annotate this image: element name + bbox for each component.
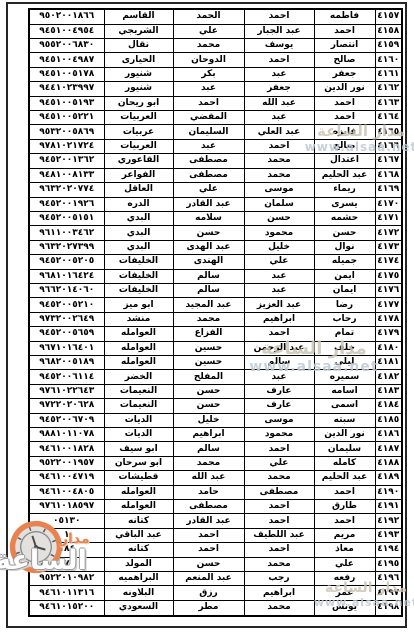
- table-row: ٤١٥٧فاطمهاحمدالحمدالقاسم٩٥٠٢٠٠١٨٦٦: [29, 9, 402, 24]
- table-row: ٤١٦٠صالحاحمدالدوحانالحيارى٩٤٥١٠٠٤٩٨٧: [29, 53, 402, 67]
- cell-grandfather-name: السليمان: [173, 125, 244, 139]
- table-row: ٤١٩٠احمدمصطفىحامدالعوامله٩٤٦١٠٠٤٨٠٥: [29, 485, 402, 499]
- cell-father-name: عبد: [244, 370, 314, 384]
- cell-father-name: احمد: [244, 139, 314, 153]
- cell-phone: ٩٧٨١٠٢١٧٢٤: [29, 139, 104, 153]
- cell-first-name: اسامه: [314, 384, 375, 398]
- cell-family-name: البدي: [104, 226, 173, 240]
- cell-phone: ٩٤٦١٠٠٤٧١٩: [29, 471, 104, 485]
- table-row: ٤١٨٤اسمىعارفحسنالنعيمات٩٧٢٢٠٢٠٦٢٨: [29, 399, 402, 413]
- scanned-roster-page: ٤١٥٧فاطمهاحمدالحمدالقاسم٩٥٠٢٠٠١٨٦٦٤١٥٨اح…: [0, 0, 414, 635]
- table-row: ٤١٨٥سبتهموسىخليلالديات٩٤٥٢٠٠٦٧٠٩: [29, 413, 402, 427]
- cell-first-name: احمد: [314, 111, 375, 125]
- table-row: ٤١٩١طارقاحمدمصطفىالعوامله٩٧٦١٠١٨٥٩٧: [29, 500, 402, 514]
- cell-serial: ٤١٨٠: [375, 341, 402, 355]
- cell-serial: ٤١٧٨: [375, 312, 402, 326]
- cell-phone: ٩٥٠٢٠٠١٨٦٦: [29, 9, 104, 24]
- cell-grandfather-name: الهندى: [173, 255, 244, 269]
- cell-first-name: رحاب: [314, 312, 375, 326]
- cell-grandfather-name: حسين: [173, 355, 244, 369]
- cell-phone: ٩٤٥٢٠٠٥١٥١: [29, 211, 104, 225]
- cell-grandfather-name: المفلح: [173, 370, 244, 384]
- cell-first-name: رفعه: [314, 572, 375, 586]
- cell-grandfather-name: عبد القادر: [173, 514, 244, 528]
- cell-phone: ٩٥٥٢٠٠٦٨٣٠: [29, 39, 104, 53]
- cell-serial: ٤١٩٧: [375, 586, 402, 600]
- cell-serial: ٤١٧٧: [375, 298, 402, 312]
- cell-phone: ٩٤٥٢٠٠٥٢٠٥: [29, 255, 104, 269]
- table-row: ٤١٨١ليلىسالمحسينالعوامله٩٦٨٢٠٠٥١٨٩: [29, 355, 402, 369]
- cell-family-name: القاعوري: [104, 154, 173, 168]
- cell-grandfather-name: سالم: [173, 283, 244, 297]
- cell-grandfather-name: حسن: [173, 399, 244, 413]
- cell-phone: ٩٦٧١٠١٦٤٠١: [29, 341, 104, 355]
- table-row: ٤١٨٢سميرهعبدالمفلحالخضر٩٤٥٢٠٠٦١١٤: [29, 370, 402, 384]
- cell-phone: ٩٤٤١٠٢٣٩٩٧: [29, 82, 104, 96]
- cell-phone: ٩٧٢٢٠٢٠٦٢٨: [29, 399, 104, 413]
- cell-serial: ٤١٧٣: [375, 240, 402, 254]
- cell-phone: ٩٦٨١٠١٦٤٢٤: [29, 269, 104, 283]
- table-row: ٤١٦٩ريماءموسىعليالعاقل٩٦٣٢٠٢٠٧٧٤: [29, 183, 402, 197]
- cell-phone: ٩٤٦١٠٠١٨٢٨: [29, 442, 104, 456]
- cell-first-name: حشمه: [314, 211, 375, 225]
- cell-phone: ٩٤٥٢٠٠٥٢١٠: [29, 298, 104, 312]
- cell-family-name: العربيات: [104, 139, 173, 153]
- cell-grandfather-name: عبد: [173, 82, 244, 96]
- cell-first-name: حسن: [314, 226, 375, 240]
- cell-phone: ٩٨٨١٠١١٠٧٨: [29, 428, 104, 442]
- cell-serial: ٤١٦٧: [375, 154, 402, 168]
- cell-serial: ٤١٩٨: [375, 600, 402, 616]
- cell-father-name: عبد اللطيف: [244, 528, 314, 542]
- cell-grandfather-name: عبد المنعم: [173, 572, 244, 586]
- cell-family-name: قطيشات: [104, 471, 173, 485]
- cell-father-name: عبد الله: [244, 96, 314, 110]
- cell-first-name: ليلى: [314, 355, 375, 369]
- cell-grandfather-name: حامد: [173, 485, 244, 499]
- cell-family-name: نقال: [104, 39, 173, 53]
- cell-grandfather-name: الحمد: [173, 9, 244, 24]
- table-row: ٤١٦٥فايزهعبد العليالسليمانعربيات٩٥٣٢٠٠٥٨…: [29, 125, 402, 139]
- cell-family-name: ابو سيف: [104, 442, 173, 456]
- cell-phone: ٩٧٦١٠١٨٥٩٧: [29, 500, 104, 514]
- cell-family-name: الديات: [104, 413, 173, 427]
- cell-father-name: عبد: [244, 269, 314, 283]
- cell-grandfather-name: رزق: [173, 586, 244, 600]
- cell-father-name: احمد: [244, 9, 314, 24]
- cell-grandfather-name: علي: [173, 183, 244, 197]
- cell-grandfather-name: مصطفى: [173, 168, 244, 182]
- cell-family-name: العاقل: [104, 183, 173, 197]
- cell-father-name: حسن: [244, 211, 314, 225]
- table-row: ٤١٥٩انتصاريوسفمحمدنقال٩٥٥٢٠٠٦٨٣٠: [29, 39, 402, 53]
- cell-phone: ٩٤٦١٠٠٤٨٠٥: [29, 485, 104, 499]
- cell-first-name: انتصار: [314, 39, 375, 53]
- cell-serial: ٤١٧٥: [375, 269, 402, 283]
- cell-father-name: محمد: [244, 600, 314, 616]
- cell-grandfather-name: مصطفى: [173, 500, 244, 514]
- table-row: ٤١٨٩عبد الحليممحمدعبد اللهقطيشات٩٤٦١٠٠٤٧…: [29, 471, 402, 485]
- cell-father-name: موسى: [244, 413, 314, 427]
- cell-father-name: احمد: [244, 53, 314, 67]
- cell-first-name: يونس: [314, 600, 375, 616]
- cell-grandfather-name: خليل: [173, 413, 244, 427]
- cell-family-name: العوامله: [104, 485, 173, 499]
- cell-father-name: احمد: [244, 327, 314, 341]
- cell-family-name: الخليفات: [104, 255, 173, 269]
- cell-father-name: احمد: [244, 543, 314, 557]
- table-row: ٤١٨٨كاملهعليمحمدابو سرحان٩٥٢٢٠٠١٩٥٧: [29, 456, 402, 470]
- cell-grandfather-name: محمد: [173, 456, 244, 470]
- cell-phone: ٩٤٥١٠٠٥٢٢١: [29, 111, 104, 125]
- cell-serial: ٤١٨٧: [375, 442, 402, 456]
- cell-phone: ٩٦١١٠٠٣٤٦٢: [29, 226, 104, 240]
- table-row: ٤١٦٤احمدعبدالمفضيالعربيات٩٤٥١٠٠٥٢٢١: [29, 111, 402, 125]
- cell-first-name: صالح: [314, 53, 375, 67]
- table-row: ٤١٧٧رضاعبد العزيزعبد المجيدابو ميز٩٤٥٢٠٠…: [29, 298, 402, 312]
- cell-father-name: سلمان: [244, 197, 314, 211]
- table-row: ٤١٧٩تماماحمدالفزاعالعوامله٩٤٥٢٠٠٥٦٥٩: [29, 327, 402, 341]
- cell-father-name: علي: [244, 255, 314, 269]
- cell-family-name: الخضر: [104, 370, 173, 384]
- cell-grandfather-name: الفزاع: [173, 327, 244, 341]
- cell-first-name: علي: [314, 557, 375, 571]
- cell-first-name: عمر: [314, 586, 375, 600]
- cell-phone: ٩٥٢٢٠٠١٩٥٧: [29, 456, 104, 470]
- cell-father-name: جعفر: [244, 82, 314, 96]
- news-site-stamp: مدار الساعة: [0, 516, 120, 594]
- cell-serial: ٤١٧٠: [375, 197, 402, 211]
- table-row: ٤١٦٢نور الدينجعفرعبدشنيور٩٤٤١٠٢٣٩٩٧: [29, 82, 402, 96]
- cell-phone: ٩٦٦٢٠١٤٠٦٠: [29, 283, 104, 297]
- cell-serial: ٤١٦٦: [375, 139, 402, 153]
- cell-family-name: منشد: [104, 312, 173, 326]
- cell-grandfather-name: حسن: [173, 226, 244, 240]
- cell-family-name: الحيارى: [104, 53, 173, 67]
- cell-first-name: سميره: [314, 370, 375, 384]
- cell-father-name: عبد العزيز: [244, 298, 314, 312]
- cell-first-name: اسمى: [314, 399, 375, 413]
- cell-first-name: مريم: [314, 528, 375, 542]
- cell-first-name: كامله: [314, 456, 375, 470]
- cell-grandfather-name: علي: [173, 24, 244, 38]
- cell-serial: ٤١٩٥: [375, 557, 402, 571]
- cell-father-name: موسى: [244, 183, 314, 197]
- table-row: ٤١٦١جعفرعبدبكرشنيور٩٤٥١٠٠٥١٧٨: [29, 67, 402, 81]
- cell-father-name: عارف: [244, 399, 314, 413]
- cell-first-name: نوال: [314, 240, 375, 254]
- cell-serial: ٤١٨٥: [375, 413, 402, 427]
- cell-father-name: احمد: [244, 500, 314, 514]
- table-row: ٤١٧١حشمهحسنسلامهالبدي٩٤٥٢٠٠٥١٥١: [29, 211, 402, 225]
- cell-serial: ٤١٦٨: [375, 168, 402, 182]
- cell-serial: ٤١٦٤: [375, 111, 402, 125]
- cell-father-name: رجب: [244, 572, 314, 586]
- cell-father-name: يوسف: [244, 39, 314, 53]
- cell-grandfather-name: بكر: [173, 67, 244, 81]
- cell-father-name: ابراهيم: [244, 312, 314, 326]
- cell-family-name: شنيور: [104, 67, 173, 81]
- table-row: ٤١٨٧سليماناحمدسالمابو سيف٩٤٦١٠٠١٨٢٨: [29, 442, 402, 456]
- cell-phone: ٩٤٥٢٠٠١٩٢٦: [29, 197, 104, 211]
- stamp-main-text: الساعة: [0, 545, 87, 576]
- cell-family-name: البدي: [104, 240, 173, 254]
- cell-grandfather-name: ابراهيم: [173, 428, 244, 442]
- cell-father-name: عبد العلي: [244, 125, 314, 139]
- cell-family-name: ابو سرحان: [104, 456, 173, 470]
- cell-father-name: محمود: [244, 226, 314, 240]
- cell-serial: ٤١٥٨: [375, 24, 402, 38]
- cell-grandfather-name: احمد: [173, 96, 244, 110]
- cell-grandfather-name: حسن: [173, 384, 244, 398]
- cell-family-name: العوامله: [104, 327, 173, 341]
- cell-serial: ٤١٨٦: [375, 428, 402, 442]
- cell-family-name: شنيور: [104, 82, 173, 96]
- cell-grandfather-name: محمد: [173, 312, 244, 326]
- cell-first-name: فايزه: [314, 125, 375, 139]
- cell-grandfather-name: عبد الله: [173, 471, 244, 485]
- table-row: ٤١٧٣نوالخليلعبد الهدىالبدي٩٦٣٢٠٢٧٣٩٩: [29, 240, 402, 254]
- cell-grandfather-name: حسن: [173, 557, 244, 571]
- cell-first-name: خلف: [314, 341, 375, 355]
- cell-grandfather-name: احمد: [173, 543, 244, 557]
- table-row: ٤١٩٨يونسمحمدمطرالسعودي٩٤٦١٠١٥٢٠٠: [29, 600, 402, 616]
- cell-father-name: عبد: [244, 283, 314, 297]
- cell-serial: ٤١٩٣: [375, 528, 402, 542]
- cell-family-name: النعيمات: [104, 384, 173, 398]
- cell-grandfather-name: سالم: [173, 442, 244, 456]
- cell-first-name: رضا: [314, 298, 375, 312]
- cell-grandfather-name: احمد: [173, 528, 244, 542]
- table-row: ٤١٧٤جميلهعليالهندىالخليفات٩٤٥٢٠٠٥٢٠٥: [29, 255, 402, 269]
- cell-grandfather-name: سالم: [173, 269, 244, 283]
- cell-first-name: عبد الحليم: [314, 471, 375, 485]
- table-row: ٤١٧٨رحابابراهيممحمدمنشد٩٧٣٢٠٠٢٦٤٩: [29, 312, 402, 326]
- cell-grandfather-name: عبد المجيد: [173, 298, 244, 312]
- cell-first-name: صالح: [314, 139, 375, 153]
- cell-father-name: عبد الجبار: [244, 24, 314, 38]
- cell-serial: ٤١٨٩: [375, 471, 402, 485]
- cell-first-name: اعتدال: [314, 154, 375, 168]
- cell-serial: ٤١٧٢: [375, 226, 402, 240]
- cell-first-name: جميله: [314, 255, 375, 269]
- cell-father-name: خليل: [244, 240, 314, 254]
- cell-serial: ٤١٩٦: [375, 572, 402, 586]
- cell-father-name: احمد: [244, 514, 314, 528]
- cell-first-name: معاذ: [314, 543, 375, 557]
- cell-phone: ٩٦٨٢٠٠٥١٨٩: [29, 355, 104, 369]
- table-row: ٤١٥٨احمدعبد الجبارعليالشريجي٩٤٥١٠٠٤٩٥٤: [29, 24, 402, 38]
- cell-father-name: سالم: [244, 355, 314, 369]
- table-row: ٤١٦٨عبد الحليممحمدمصطفىالفواعر٩٤٨١٠٠٨١٣٣: [29, 168, 402, 182]
- cell-family-name: الفواعر: [104, 168, 173, 182]
- cell-serial: ٤١٥٧: [375, 9, 402, 24]
- cell-family-name: الخليفات: [104, 269, 173, 283]
- cell-serial: ٤١٦١: [375, 67, 402, 81]
- cell-family-name: النعيمات: [104, 399, 173, 413]
- cell-family-name: الشريجي: [104, 24, 173, 38]
- cell-serial: ٤١٨١: [375, 355, 402, 369]
- cell-serial: ٤١٩٠: [375, 485, 402, 499]
- cell-phone: ٩٤٥١٠٠٤٩٥٤: [29, 24, 104, 38]
- cell-first-name: يسرى: [314, 197, 375, 211]
- table-row: ٤١٨٠خلفعبد الرحمنحسينالعوامله٩٦٧١٠١٦٤٠١: [29, 341, 402, 355]
- cell-first-name: ريماء: [314, 183, 375, 197]
- cell-phone: ٩٧٣٢٠٠٢٦٤٩: [29, 312, 104, 326]
- cell-grandfather-name: محمد: [173, 39, 244, 53]
- cell-serial: ٤١٨٤: [375, 399, 402, 413]
- cell-serial: ٤١٦٥: [375, 125, 402, 139]
- cell-grandfather-name: عبد القادر: [173, 197, 244, 211]
- cell-grandfather-name: عبد: [173, 139, 244, 153]
- cell-first-name: تمام: [314, 327, 375, 341]
- cell-serial: ٤١٦٩: [375, 183, 402, 197]
- cell-family-name: العربيات: [104, 111, 173, 125]
- cell-phone: ٩٧٦١٠٢٢٦٤٣: [29, 384, 104, 398]
- cell-family-name: السعودي: [104, 600, 173, 616]
- cell-father-name: محمد: [244, 471, 314, 485]
- cell-serial: ٤١٦٣: [375, 96, 402, 110]
- cell-serial: ٤١٨٢: [375, 370, 402, 384]
- cell-father-name: محمد: [244, 168, 314, 182]
- cell-phone: ٩٤٥١٠٠٥١٧٨: [29, 67, 104, 81]
- cell-phone: ٩٦٣٢٠٢٠٧٧٤: [29, 183, 104, 197]
- table-row: ٤١٨٣اسامهعارفحسنالنعيمات٩٧٦١٠٢٢٦٤٣: [29, 384, 402, 398]
- cell-family-name: القاسم: [104, 9, 173, 24]
- cell-father-name: احمد: [244, 442, 314, 456]
- cell-grandfather-name: حسين: [173, 341, 244, 355]
- cell-first-name: فاطمه: [314, 9, 375, 24]
- cell-grandfather-name: المفضي: [173, 111, 244, 125]
- cell-serial: ٤١٩١: [375, 500, 402, 514]
- cell-phone: ٩٤٥١٠٠٤٩٨٧: [29, 53, 104, 67]
- cell-serial: ٤١٧٤: [375, 255, 402, 269]
- cell-first-name: احمد: [314, 514, 375, 528]
- cell-first-name: سبته: [314, 413, 375, 427]
- cell-family-name: الخليفات: [104, 283, 173, 297]
- cell-phone: ٩٤٦١٠١٥٢٠٠: [29, 600, 104, 616]
- cell-family-name: الدره: [104, 197, 173, 211]
- cell-grandfather-name: عبد الهدى: [173, 240, 244, 254]
- cell-first-name: احمد: [314, 485, 375, 499]
- cell-family-name: العوامله: [104, 355, 173, 369]
- cell-first-name: احمد: [314, 24, 375, 38]
- table-row: ٤١٧٦ايمانعبدسالمالخليفات٩٦٦٢٠١٤٠٦٠: [29, 283, 402, 297]
- table-row: ٤١٧٥ايمنعبدسالمالخليفات٩٦٨١٠١٦٤٢٤: [29, 269, 402, 283]
- table-row: ٤١٧٠يسرىسلمانعبد القادرالدره٩٤٥٢٠٠١٩٢٦: [29, 197, 402, 211]
- cell-phone: ٩٤٥٢٠٠٦٧٠٩: [29, 413, 104, 427]
- cell-serial: ٤١٧٦: [375, 283, 402, 297]
- cell-serial: ٤١٨٨: [375, 456, 402, 470]
- cell-family-name: البدي: [104, 211, 173, 225]
- cell-phone: ٩٤٥٢٠٠٦١١٤: [29, 370, 104, 384]
- cell-father-name: مصطفى: [244, 485, 314, 499]
- cell-serial: ٤١٩٢: [375, 514, 402, 528]
- cell-serial: ٤١٦٢: [375, 82, 402, 96]
- cell-serial: ٤١٨٣: [375, 384, 402, 398]
- cell-grandfather-name: مطر: [173, 600, 244, 616]
- cell-first-name: نور الدين: [314, 82, 375, 96]
- cell-father-name: عبد: [244, 67, 314, 81]
- table-row: ٤١٦٧اعتدالمحمدمصطفىالقاعوري٩٤٥٢٠٠١٣٦٢: [29, 154, 402, 168]
- cell-first-name: احمد: [314, 96, 375, 110]
- table-row: ٤١٦٦صالحاحمدعبدالعربيات٩٧٨١٠٢١٧٢٤: [29, 139, 402, 153]
- cell-first-name: عبد الحليم: [314, 168, 375, 182]
- table-row: ٤١٨٦نور الدينمحمودابراهيمالديات٩٨٨١٠١١٠٧…: [29, 428, 402, 442]
- table-row: ٤١٦٣احمدعبد اللهاحمدابو ريحان٩٤٥١٠٠٥١٩٣: [29, 96, 402, 110]
- cell-serial: ٤١٩٤: [375, 543, 402, 557]
- cell-serial: ٤١٥٩: [375, 39, 402, 53]
- cell-phone: ٩٦٣٢٠٢٧٣٩٩: [29, 240, 104, 254]
- cell-family-name: ابو ريحان: [104, 96, 173, 110]
- cell-father-name: عبد: [244, 111, 314, 125]
- cell-family-name: ابو ميز: [104, 298, 173, 312]
- cell-family-name: العوامله: [104, 500, 173, 514]
- cell-father-name: محمد: [244, 557, 314, 571]
- cell-phone: ٩٤٥٢٠٠١٣٦٢: [29, 154, 104, 168]
- cell-serial: ٤١٧٩: [375, 327, 402, 341]
- table-row: ٤١٧٢حسنمحمودحسنالبدي٩٦١١٠٠٣٤٦٢: [29, 226, 402, 240]
- cell-first-name: طارق: [314, 500, 375, 514]
- cell-family-name: عربيات: [104, 125, 173, 139]
- cell-grandfather-name: سلامه: [173, 211, 244, 225]
- cell-first-name: نور الدين: [314, 428, 375, 442]
- cell-first-name: سليمان: [314, 442, 375, 456]
- cell-grandfather-name: مصطفى: [173, 154, 244, 168]
- cell-father-name: ابراهيم: [244, 586, 314, 600]
- cell-phone: ٩٤٥١٠٠٥١٩٣: [29, 96, 104, 110]
- cell-phone: ٩٤٥٢٠٠٥٦٥٩: [29, 327, 104, 341]
- cell-family-name: العوامله: [104, 341, 173, 355]
- cell-phone: ٩٥٣٢٠٠٥٨٦٩: [29, 125, 104, 139]
- cell-father-name: عبد الرحمن: [244, 341, 314, 355]
- cell-father-name: علي: [244, 456, 314, 470]
- cell-first-name: ايمان: [314, 283, 375, 297]
- cell-father-name: محمود: [244, 428, 314, 442]
- cell-father-name: عارف: [244, 384, 314, 398]
- cell-family-name: الديات: [104, 428, 173, 442]
- cell-serial: ٤١٧١: [375, 211, 402, 225]
- cell-phone: ٩٤٨١٠٠٨١٣٣: [29, 168, 104, 182]
- cell-first-name: ايمن: [314, 269, 375, 283]
- cell-first-name: جعفر: [314, 67, 375, 81]
- cell-father-name: محمد: [244, 154, 314, 168]
- cell-serial: ٤١٦٠: [375, 53, 402, 67]
- cell-grandfather-name: الدوحان: [173, 53, 244, 67]
